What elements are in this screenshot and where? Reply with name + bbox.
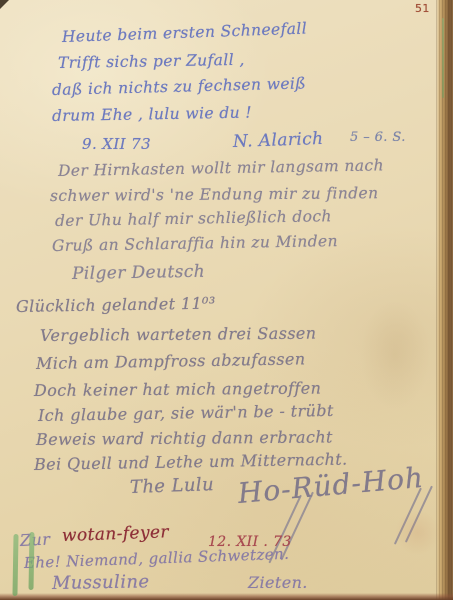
handwritten-line: Bei Quell und Lethe um Mitternacht.: [34, 452, 348, 473]
entry-signature: N. Alarich: [233, 131, 324, 151]
margin-note: 5 – 6. S.: [350, 131, 406, 144]
handwritten-line: Trifft sichs per Zufall ,: [58, 53, 245, 72]
book-bottom-edge: [0, 593, 453, 600]
handwritten-line: Vergeblich warteten drei Sassen: [40, 326, 317, 344]
handwritten-line: Gruß an Schlaraffia hin zu Minden: [52, 234, 338, 254]
entry-name: Mussuline: [52, 573, 150, 593]
guestbook-page: 51 Heute beim ersten Schneefall Trifft s…: [0, 0, 453, 600]
handwritten-line: daß ich nichts zu fechsen weiß: [52, 76, 306, 98]
handwritten-line: Heute beim ersten Schneefall: [62, 21, 308, 45]
entry-title: wotan-feyer: [62, 524, 170, 545]
handwritten-line: Doch keiner hat mich angetroffen: [34, 380, 321, 399]
paper-stain: [360, 300, 430, 410]
green-margin-mark: [12, 534, 18, 596]
handwritten-line: der Uhu half mir schließlich doch: [55, 209, 332, 229]
handwritten-line: Ich glaube gar, sie wär'n be - trübt: [38, 403, 334, 424]
page-corner-shadow: [0, 0, 9, 9]
handwritten-line: Glücklich gelandet 11⁰³: [16, 296, 216, 315]
handwritten-line: schwer wird's 'ne Endung mir zu finden: [50, 186, 379, 204]
entry-signature: Pilger Deutsch: [72, 264, 205, 283]
page-number: 51: [415, 3, 430, 14]
handwritten-line: Mich am Dampfross abzufassen: [36, 351, 306, 372]
entry-signoff: The Lulu: [130, 476, 215, 497]
handwritten-line: Ehe! Niemand, gallia Schwetzen.: [24, 547, 290, 571]
handwritten-line: drum Ehe , lulu wie du !: [52, 106, 252, 125]
handwritten-line: Beweis ward richtig dann erbracht: [36, 429, 333, 448]
entry-signature: Ho-Rüd-Hoh: [237, 464, 425, 508]
entry-date: 9. XII 73: [82, 137, 151, 152]
entry-prefix: Zur: [20, 531, 51, 549]
handwritten-line: Der Hirnkasten wollt mir langsam nach: [58, 158, 384, 179]
book-page-edge: [436, 0, 453, 600]
green-edge-mark: [442, 18, 444, 98]
green-margin-mark: [28, 532, 34, 590]
entry-name: Zieten.: [248, 575, 308, 591]
